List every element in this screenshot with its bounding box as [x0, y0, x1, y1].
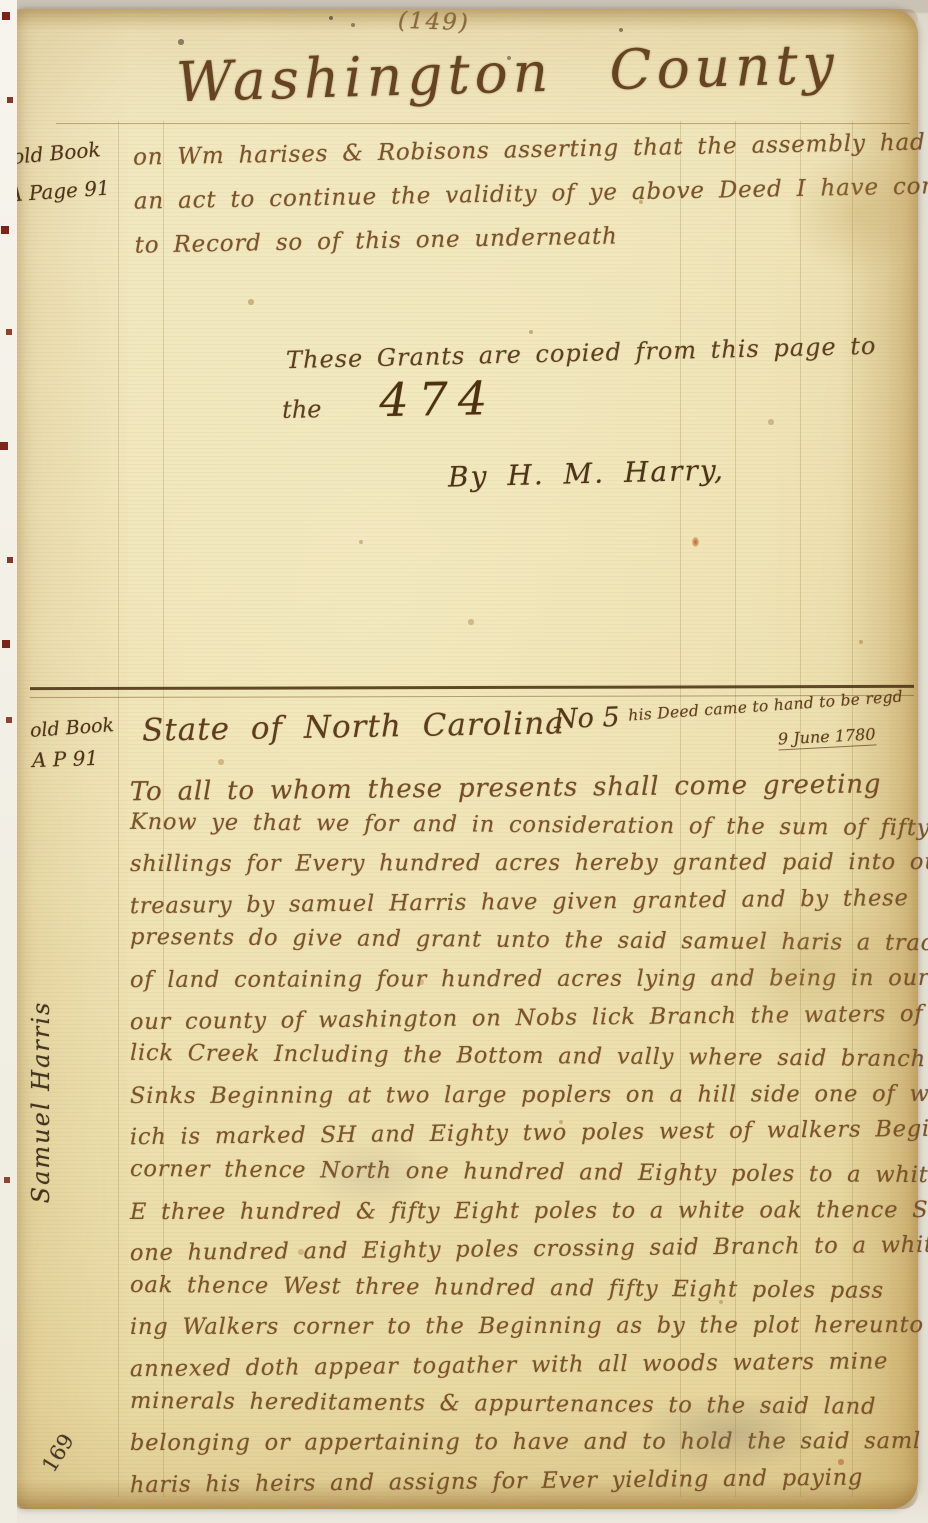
copied-note-line1: These Grants are copied from this page t… — [286, 332, 877, 374]
record2-line: Know ye that we for and in consideration… — [130, 808, 928, 853]
ledger-page: (149) Washington County old Book A Page … — [16, 9, 918, 1509]
record2-line: shillings for Every hundred acres hereby… — [130, 849, 928, 890]
copied-note-line2: the474 — [282, 371, 498, 429]
ink-spot — [692, 537, 699, 547]
record2-line: minerals hereditaments & appurtenances t… — [130, 1387, 928, 1432]
grantee-side-label: Samuel Harris — [27, 952, 57, 1252]
copied-note-the: the — [282, 395, 322, 424]
record2-line: Sinks Beginning at two large poplers on … — [130, 1081, 928, 1122]
record2-margin-note-line1: old Book — [29, 714, 114, 742]
record2-line: of land containing four hundred acres ly… — [130, 965, 928, 1006]
binding-red-marks — [0, 0, 4, 4]
record2-line: presents do give and grant unto the said… — [130, 924, 928, 969]
record1-body: on Wm harises & Robisons asserting that … — [133, 129, 928, 276]
record2-line: belonging or appertaining to have and to… — [130, 1428, 928, 1469]
record2-line: oak thence West three hundred and fifty … — [130, 1272, 928, 1317]
record2-heading: State of North Carolina — [142, 705, 565, 748]
scanner-edge-strip — [0, 0, 17, 1523]
record1-margin-note-line1: old Book — [11, 137, 101, 169]
record2-line: To all to whom these presents shall come… — [130, 769, 928, 816]
clerk-signature: By H. M. Harry, — [448, 453, 726, 493]
record2-margin-note-line2: A P 91 — [32, 746, 99, 772]
page-number: (149) — [398, 8, 471, 36]
bottom-margin-number: 169 — [37, 1430, 79, 1477]
record2-line: ing Walkers corner to the Beginning as b… — [130, 1312, 928, 1353]
page-title: Washington County — [175, 32, 839, 114]
record1-margin-note-line2: A Page 91 — [7, 175, 110, 206]
copied-note-page-ref: 474 — [379, 371, 498, 427]
margin-rule-line — [118, 121, 119, 1497]
header-rule-line — [56, 123, 910, 124]
record2-line: lick Creek Including the Bottom and vall… — [130, 1040, 928, 1085]
record2-grant-number: No 5 — [553, 702, 620, 735]
record2-body: To all to whom these presents shall come… — [130, 773, 928, 1506]
record2-line: corner thence North one hundred and Eigh… — [130, 1156, 928, 1201]
record2-line: haris his heirs and assigns for Ever yie… — [130, 1463, 928, 1510]
record2-line: E three hundred & fifty Eight poles to a… — [130, 1196, 928, 1237]
record2-line: annexed doth appear togather with all wo… — [130, 1348, 928, 1395]
scanned-document: (149) Washington County old Book A Page … — [0, 0, 928, 1523]
